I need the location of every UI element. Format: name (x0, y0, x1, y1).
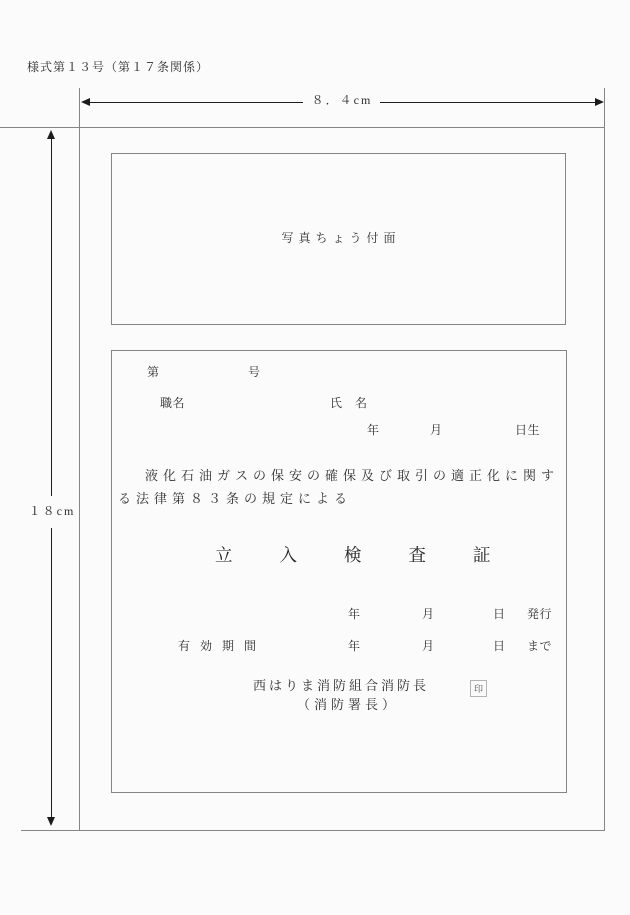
job-title-label: 職名 (160, 397, 185, 411)
height-dimension-line-top (51, 139, 52, 496)
extension-line-bottom-left (21, 830, 79, 831)
law-text-line1: 液化石油ガスの保安の確保及び取引の適正化に関す (145, 469, 559, 484)
width-dimension-line-right (380, 102, 596, 103)
height-dimension-up-arrow-icon (47, 130, 55, 139)
validity-day-label: 日 (493, 640, 506, 654)
birth-year-label: 年 (367, 424, 380, 438)
width-dimension-line-left (84, 102, 303, 103)
issue-suffix-label: 発行 (527, 608, 552, 622)
height-dimension-down-arrow-icon (47, 817, 55, 826)
width-dimension-label: ８．４cm (300, 94, 384, 108)
validity-suffix-label: まで (527, 640, 552, 654)
validity-year-label: 年 (348, 640, 361, 654)
photo-attachment-box: 写真ちょう付面 (111, 153, 566, 325)
seal-placeholder-icon: 印 (470, 680, 487, 697)
height-dimension-label: １８cm (24, 505, 80, 519)
photo-attachment-label: 写真ちょう付面 (112, 232, 565, 246)
issuer-sub-label: （消防署長） (297, 698, 399, 713)
serial-suffix-label: 号 (248, 366, 261, 380)
serial-prefix-label: 第 (147, 366, 160, 380)
law-text-line2: る法律第８３条の規定による (118, 492, 352, 507)
certificate-box: 第 号 職名 氏 名 年 月 日生 液化石油ガスの保安の確保及び取引の適正化に関… (111, 350, 567, 793)
birth-month-label: 月 (430, 424, 443, 438)
issuer-name-label: 西はりま消防組合消防長 (253, 679, 429, 694)
form-number-label: 様式第１３号（第１７条関係） (27, 61, 209, 75)
issue-day-label: 日 (493, 608, 506, 622)
issue-year-label: 年 (348, 608, 361, 622)
issue-month-label: 月 (422, 608, 435, 622)
extension-line-right-top (604, 88, 605, 127)
seal-label: 印 (474, 682, 483, 695)
extension-line-left-top (79, 88, 80, 127)
width-dimension-right-arrow-icon (595, 98, 604, 106)
name-label: 氏 名 (330, 397, 368, 411)
height-dimension-line-bottom (51, 528, 52, 817)
validity-period-label: 有効期間 (178, 640, 266, 654)
extension-line-top-left (0, 127, 79, 128)
certificate-title: 立入検査証 (215, 545, 538, 565)
validity-month-label: 月 (422, 640, 435, 654)
birth-day-label: 日生 (515, 424, 540, 438)
